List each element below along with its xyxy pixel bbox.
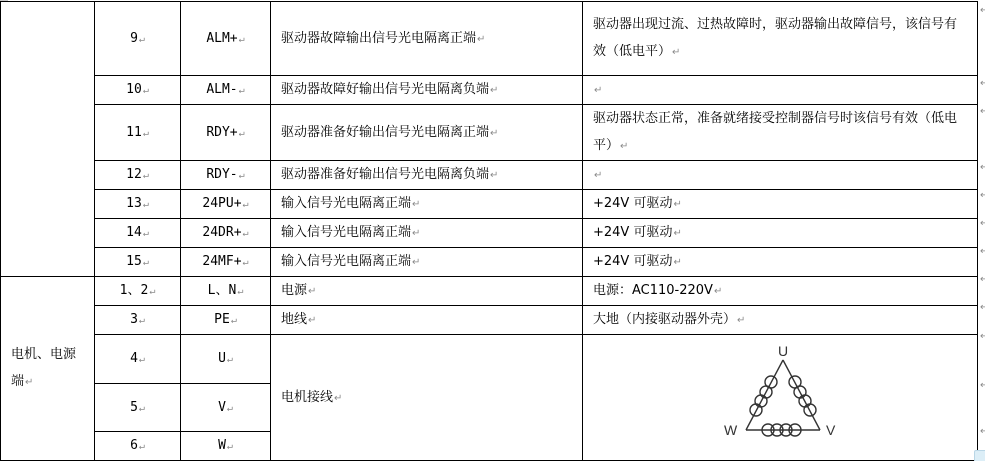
delta-winding-diagram: U W V bbox=[583, 338, 977, 458]
table-row: 10↵ ALM-↵ 驱动器故障好输出信号光电隔离负端↵ ↵ bbox=[1, 76, 978, 105]
pin-number: 13↵ bbox=[95, 190, 181, 219]
signal-name: U↵ bbox=[181, 335, 271, 384]
pin-number: 12↵ bbox=[95, 161, 181, 190]
signal-description: 输入信号光电隔离正端↵ bbox=[271, 190, 583, 219]
pin-definition-table: 9↵ ALM+↵ 驱动器故障输出信号光电隔离正端↵ 驱动器出现过流、过热故障时，… bbox=[0, 1, 978, 461]
table-row: 11↵ RDY+↵ 驱动器准备好输出信号光电隔离正端↵ 驱动器状态正常，准备就绪… bbox=[1, 105, 978, 161]
svg-text:U: U bbox=[778, 343, 788, 359]
row-end-mark: ↵ bbox=[980, 246, 985, 257]
floating-action-button[interactable] bbox=[974, 450, 985, 461]
row-end-mark: ↵ bbox=[980, 78, 985, 89]
signal-description: 驱动器准备好输出信号光电隔离正端↵ bbox=[271, 105, 583, 161]
signal-description: 地线↵ bbox=[271, 306, 583, 335]
signal-note: +24V 可驱动↵ bbox=[583, 219, 978, 248]
group-cell-control bbox=[1, 2, 95, 277]
signal-name: 24PU+↵ bbox=[181, 190, 271, 219]
delta-winding-icon: U W V bbox=[718, 338, 848, 448]
signal-note: ↵ bbox=[583, 76, 978, 105]
signal-name: ALM+↵ bbox=[181, 2, 271, 76]
pin-number: 3↵ bbox=[95, 306, 181, 335]
signal-name: W↵ bbox=[181, 432, 271, 461]
motor-wiring-diagram-cell: U W V bbox=[583, 335, 978, 461]
pin-number: 11↵ bbox=[95, 105, 181, 161]
signal-note: 驱动器状态正常，准备就绪接受控制器信号时该信号有效（低电平）↵ bbox=[583, 105, 978, 161]
pin-number: 10↵ bbox=[95, 76, 181, 105]
signal-name: ALM-↵ bbox=[181, 76, 271, 105]
signal-name: RDY-↵ bbox=[181, 161, 271, 190]
table-row: 4↵ U↵ 电机接线↵ U W bbox=[1, 335, 978, 384]
signal-note: 大地（内接驱动器外壳）↵ bbox=[583, 306, 978, 335]
row-end-mark: ↵ bbox=[980, 162, 985, 173]
pin-number: 4↵ bbox=[95, 335, 181, 384]
signal-name: L、N↵ bbox=[181, 277, 271, 306]
table-row: 14↵ 24DR+↵ 输入信号光电隔离正端↵ +24V 可驱动↵ bbox=[1, 219, 978, 248]
pin-number: 6↵ bbox=[95, 432, 181, 461]
signal-description: 电源↵ bbox=[271, 277, 583, 306]
row-end-mark: ↵ bbox=[980, 426, 985, 437]
row-end-mark: ↵ bbox=[980, 302, 985, 313]
pin-number: 9↵ bbox=[95, 2, 181, 76]
signal-note: +24V 可驱动↵ bbox=[583, 248, 978, 277]
signal-name: RDY+↵ bbox=[181, 105, 271, 161]
signal-description: 驱动器故障好输出信号光电隔离负端↵ bbox=[271, 76, 583, 105]
row-end-mark: ↵ bbox=[980, 380, 985, 391]
motor-wiring-description: 电机接线↵ bbox=[271, 335, 583, 461]
signal-note: 电源：AC110-220V↵ bbox=[583, 277, 978, 306]
row-end-mark: ↵ bbox=[980, 331, 985, 342]
row-end-mark: ↵ bbox=[980, 274, 985, 285]
signal-note: +24V 可驱动↵ bbox=[583, 190, 978, 219]
table-row: 12↵ RDY-↵ 驱动器准备好输出信号光电隔离负端↵ ↵ bbox=[1, 161, 978, 190]
signal-name: 24MF+↵ bbox=[181, 248, 271, 277]
signal-description: 输入信号光电隔离正端↵ bbox=[271, 248, 583, 277]
pin-number: 1、2↵ bbox=[95, 277, 181, 306]
table-row: 电机、电源端↵ 1、2↵ L、N↵ 电源↵ 电源：AC110-220V↵ bbox=[1, 277, 978, 306]
row-end-mark: ↵ bbox=[980, 5, 985, 16]
group-label-motor-power: 电机、电源端↵ bbox=[1, 277, 95, 461]
signal-description: 驱动器故障输出信号光电隔离正端↵ bbox=[271, 2, 583, 76]
table-row: 3↵ PE↵ 地线↵ 大地（内接驱动器外壳）↵ bbox=[1, 306, 978, 335]
signal-name: 24DR+↵ bbox=[181, 219, 271, 248]
row-end-mark: ↵ bbox=[980, 218, 985, 229]
signal-description: 输入信号光电隔离正端↵ bbox=[271, 219, 583, 248]
signal-note: ↵ bbox=[583, 161, 978, 190]
table-row: 9↵ ALM+↵ 驱动器故障输出信号光电隔离正端↵ 驱动器出现过流、过热故障时，… bbox=[1, 2, 978, 76]
table-row: 15↵ 24MF+↵ 输入信号光电隔离正端↵ +24V 可驱动↵ bbox=[1, 248, 978, 277]
signal-note: 驱动器出现过流、过热故障时，驱动器输出故障信号，该信号有效（低电平）↵ bbox=[583, 2, 978, 76]
svg-text:W: W bbox=[724, 422, 738, 438]
pin-number: 15↵ bbox=[95, 248, 181, 277]
signal-name: V↵ bbox=[181, 384, 271, 432]
row-end-mark: ↵ bbox=[980, 106, 985, 117]
row-end-mark: ↵ bbox=[980, 190, 985, 201]
signal-description: 驱动器准备好输出信号光电隔离负端↵ bbox=[271, 161, 583, 190]
svg-text:V: V bbox=[826, 422, 836, 438]
table-row: 13↵ 24PU+↵ 输入信号光电隔离正端↵ +24V 可驱动↵ bbox=[1, 190, 978, 219]
signal-name: PE↵ bbox=[181, 306, 271, 335]
pin-number: 14↵ bbox=[95, 219, 181, 248]
pin-number: 5↵ bbox=[95, 384, 181, 432]
